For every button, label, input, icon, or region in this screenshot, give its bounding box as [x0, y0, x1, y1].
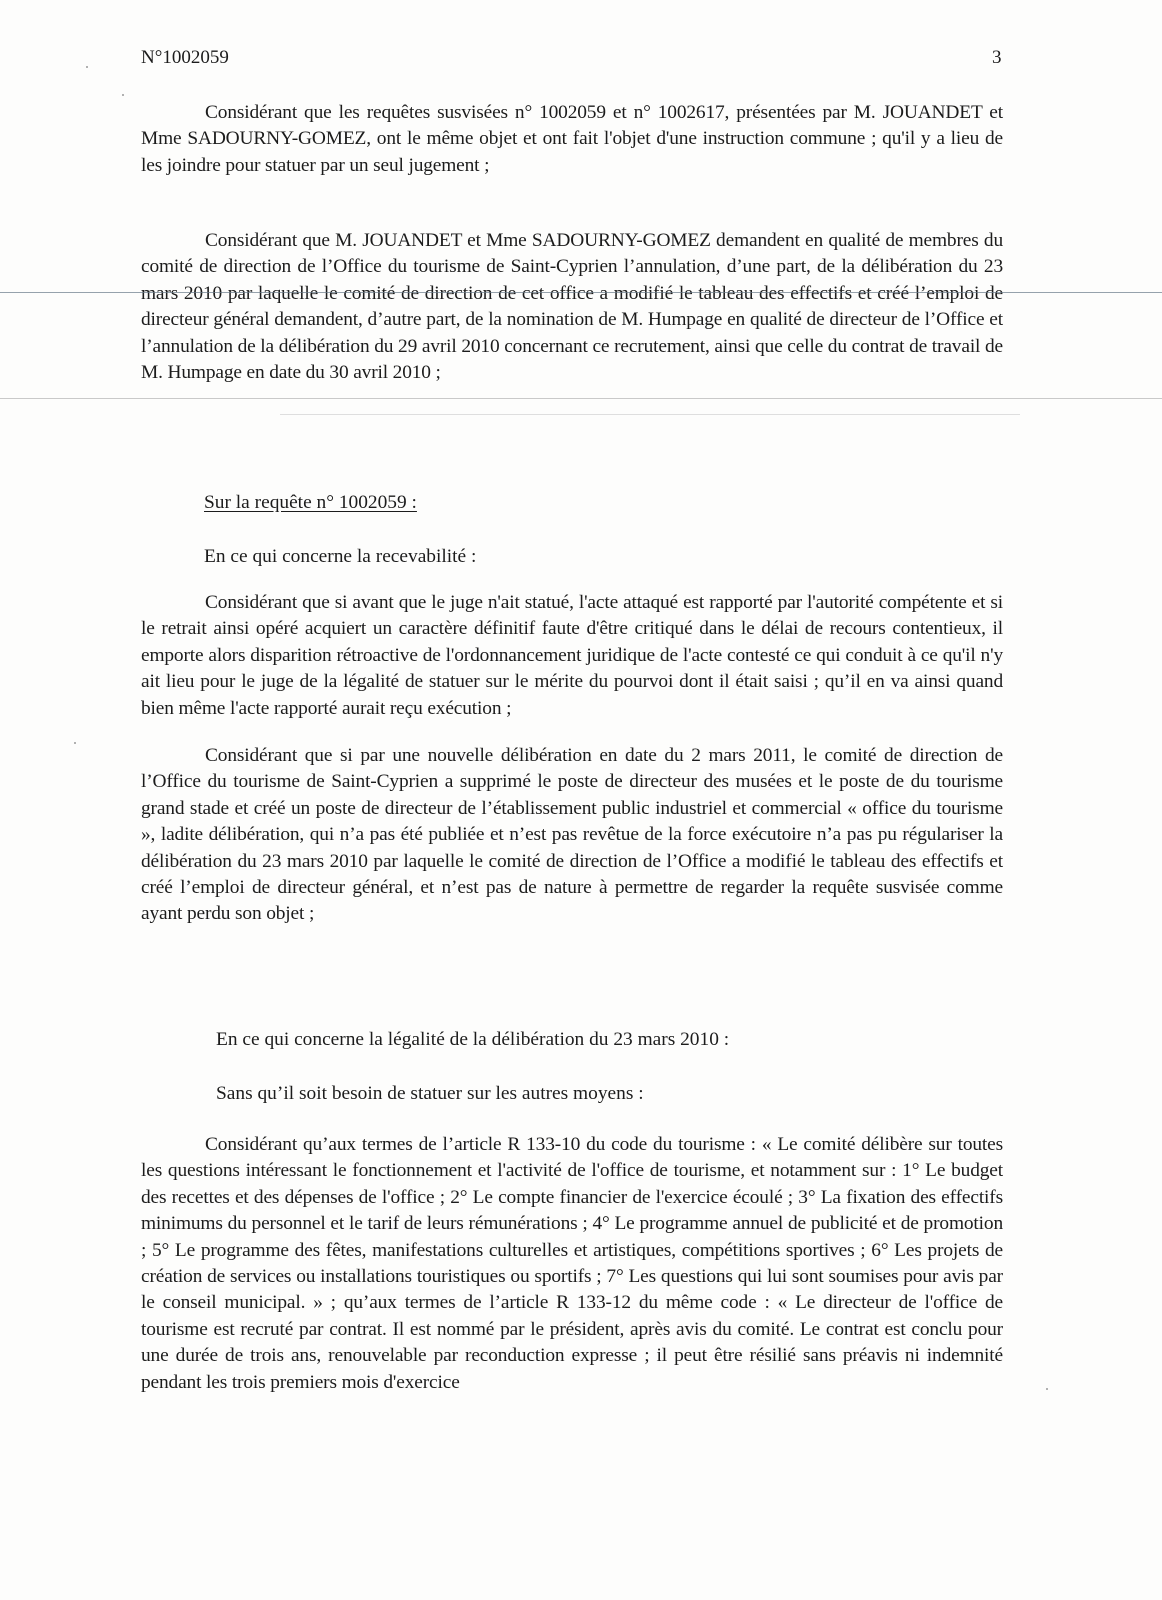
scan-speck	[122, 94, 124, 96]
paragraph-legalite: Considérant qu’aux termes de l’article R…	[141, 1132, 1003, 1396]
paragraph-text: Considérant que M. JOUANDET et Mme SADOU…	[141, 230, 1003, 383]
document-page: N°1002059 3 Considérant que les requêtes…	[0, 0, 1162, 1600]
scan-speck	[1046, 1388, 1048, 1390]
paragraph-recevabilite-2: Considérant que si par une nouvelle déli…	[141, 743, 1003, 928]
scan-artifact-line	[280, 414, 1020, 415]
paragraph-text: Considérant qu’aux termes de l’article R…	[141, 1134, 1003, 1393]
paragraph-recevabilite-1: Considérant que si avant que le juge n'a…	[141, 590, 1003, 722]
paragraph-joinder: Considérant que les requêtes susvisées n…	[141, 100, 1003, 179]
scan-speck	[86, 66, 88, 68]
scan-artifact-line	[0, 292, 1162, 293]
scan-artifact-line	[0, 398, 1162, 399]
subheading-moyens: Sans qu’il soit besoin de statuer sur le…	[216, 1083, 644, 1105]
paragraph-text: Considérant que si avant que le juge n'a…	[141, 592, 1003, 719]
scan-speck	[74, 742, 76, 744]
section-heading-requete: Sur la requête n° 1002059 :	[204, 492, 417, 514]
paragraph-text: Considérant que les requêtes susvisées n…	[141, 102, 1003, 176]
subheading-recevabilite: En ce qui concerne la recevabilité :	[204, 546, 476, 568]
paragraph-text: Considérant que si par une nouvelle déli…	[141, 745, 1003, 924]
case-number: N°1002059	[141, 47, 229, 69]
paragraph-demands: Considérant que M. JOUANDET et Mme SADOU…	[141, 228, 1003, 386]
subheading-legalite: En ce qui concerne la légalité de la dél…	[216, 1029, 729, 1051]
page-number: 3	[992, 47, 1002, 69]
